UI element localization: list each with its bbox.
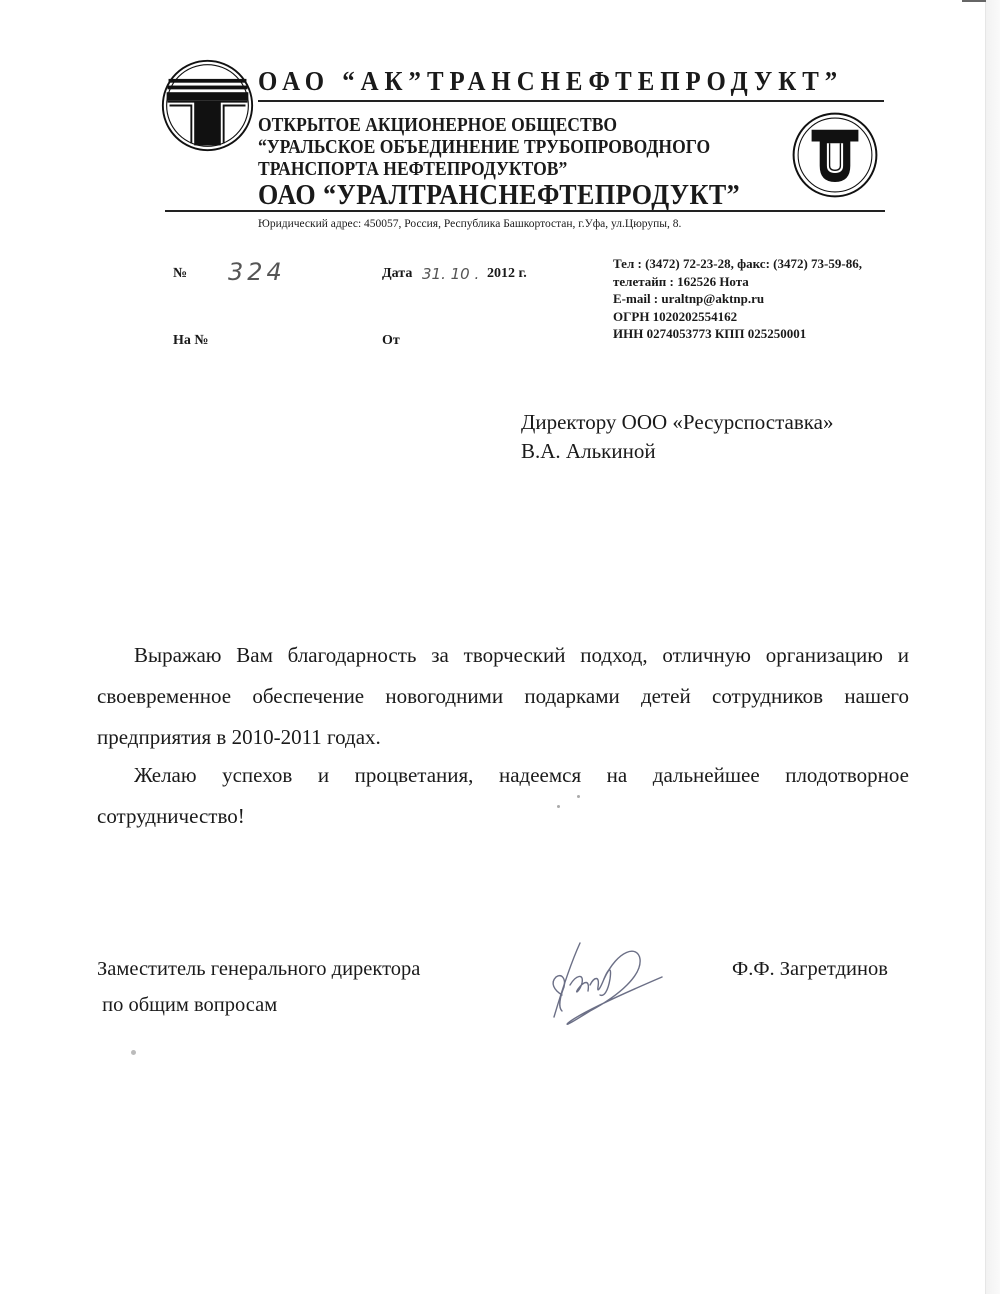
scan-page-edge <box>985 0 1000 1294</box>
company-title-main: ОАО “АК”ТРАНСНЕФТЕПРОДУКТ” <box>258 66 843 97</box>
contact-teletype: телетайп : 162526 Нота <box>613 273 862 291</box>
body-paragraph-1: Выражаю Вам благодарность за творческий … <box>97 635 909 758</box>
date-year: 2012 г. <box>487 266 527 282</box>
contact-inn-kpp: ИНН 0274053773 КПП 025250001 <box>613 325 862 343</box>
signer-name: Ф.Ф. Загретдинов <box>732 958 888 981</box>
scan-speck <box>577 795 580 798</box>
legal-address: Юридический адрес: 450057, Россия, Респу… <box>258 218 681 230</box>
recipient-name: В.А. Алькиной <box>521 437 834 466</box>
from-label: От <box>382 333 400 349</box>
contact-block: Тел : (3472) 72-23-28, факс: (3472) 73-5… <box>613 255 862 343</box>
company-title-ural: ОАО “УРАЛТРАНСНЕФТЕПРОДУКТ” <box>258 180 740 212</box>
scan-speck <box>131 1050 136 1055</box>
company-subtitle-line-2: “УРАЛЬСКОЕ ОБЪЕДИНЕНИЕ ТРУБОПРОВОДНОГО <box>258 137 710 158</box>
scan-speck <box>557 805 560 808</box>
number-label: № <box>173 266 187 282</box>
contact-email: E-mail : uraltnp@aktnp.ru <box>613 290 862 308</box>
header-rule-top <box>258 100 884 102</box>
recipient-block: Директору ООО «Ресурспоставка» В.А. Альк… <box>521 408 834 466</box>
recipient-position: Директору ООО «Ресурспоставка» <box>521 408 834 437</box>
contact-phone-fax: Тел : (3472) 72-23-28, факс: (3472) 73-5… <box>613 255 862 273</box>
handwritten-signature-icon <box>540 935 680 1035</box>
company-subtitle-line-3: ТРАНСПОРТА НЕФТЕПРОДУКТОВ” <box>258 159 567 180</box>
body-paragraph-1-text: Выражаю Вам благодарность за творческий … <box>97 635 909 758</box>
date-label: Дата <box>382 266 412 282</box>
document-number: 324 <box>228 258 286 286</box>
body-paragraph-2-text: Желаю успехов и процветания, надеемся на… <box>97 755 909 837</box>
transnefteprodukt-logo-icon <box>160 58 255 153</box>
scan-edge-mark <box>962 0 986 2</box>
body-paragraph-2: Желаю успехов и процветания, надеемся на… <box>97 755 909 837</box>
company-subtitle-line-1: ОТКРЫТОЕ АКЦИОНЕРНОЕ ОБЩЕСТВО <box>258 115 617 136</box>
reply-to-label: На № <box>173 333 208 349</box>
contact-ogrn: ОГРН 1020202554162 <box>613 308 862 326</box>
header-rule-bottom <box>165 210 885 212</box>
uraltransnefteprodukt-logo-icon <box>790 110 880 200</box>
signer-position-line-1: Заместитель генерального директора <box>97 958 420 981</box>
date-handwritten: 31. 10 . <box>422 265 479 283</box>
signer-position-line-2: по общим вопросам <box>97 994 277 1017</box>
